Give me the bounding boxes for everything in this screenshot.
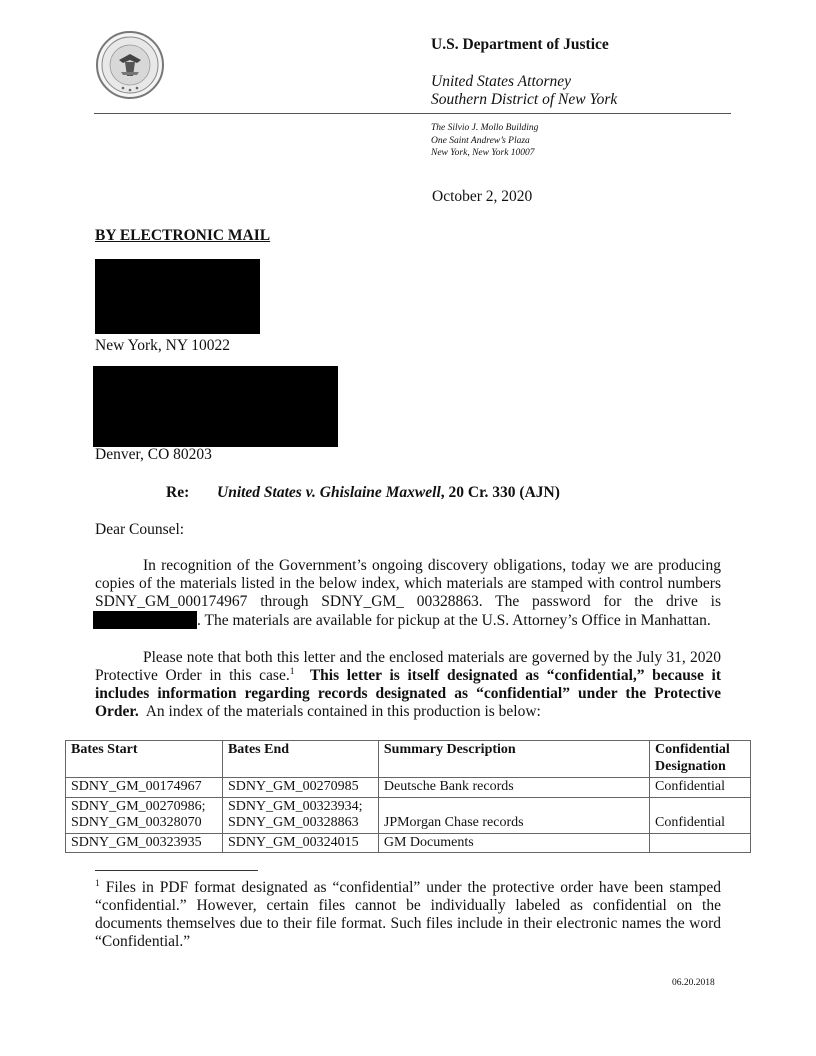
case-number: , 20 Cr. 330 (AJN) [441, 484, 560, 501]
table-row: SDNY_GM_00270986;SDNY_GM_00328070SDNY_GM… [66, 797, 751, 833]
re-line: Re:United States v. Ghislaine Maxwell, 2… [166, 484, 560, 502]
cell-bates-start: SDNY_GM_00270986;SDNY_GM_00328070 [66, 797, 223, 833]
delivery-method: BY ELECTRONIC MAIL [95, 227, 270, 245]
footnote-ref[interactable]: 1 [290, 667, 295, 677]
footnote-separator [95, 870, 258, 871]
paragraph-1-text: In recognition of the Government’s ongoi… [95, 557, 721, 610]
redacted-recipient-1 [95, 259, 260, 334]
redacted-password [93, 611, 197, 629]
letterhead-rule [94, 113, 731, 114]
doj-seal-icon [95, 30, 165, 100]
office-line-1: United States Attorney [431, 73, 571, 91]
re-label: Re: [166, 484, 217, 502]
department-name: U.S. Department of Justice [431, 36, 609, 54]
cell-bates-end: SDNY_GM_00324015 [222, 833, 378, 853]
recipient-1-city: New York, NY 10022 [95, 337, 230, 355]
table-row: SDNY_GM_00174967SDNY_GM_00270985Deutsche… [66, 778, 751, 798]
materials-index-table: Bates Start Bates End Summary Descriptio… [65, 740, 751, 853]
paragraph-1-text-end: . The materials are available for pickup… [197, 612, 711, 629]
footnote-text: Files in PDF format designated as “confi… [95, 879, 721, 950]
header-bates-start: Bates Start [66, 741, 223, 778]
redacted-recipient-2 [93, 366, 338, 447]
cell-summary: Deutsche Bank records [378, 778, 649, 798]
cell-confidential: Confidential [650, 778, 751, 798]
header-bates-end: Bates End [222, 741, 378, 778]
paragraph-confidentiality: Please note that both this letter and th… [95, 649, 721, 721]
cell-bates-end: SDNY_GM_00323934;SDNY_GM_00328863 [222, 797, 378, 833]
table-row: SDNY_GM_00323935SDNY_GM_00324015GM Docum… [66, 833, 751, 853]
cell-bates-start: SDNY_GM_00174967 [66, 778, 223, 798]
letter-date: October 2, 2020 [432, 188, 532, 206]
address-line: New York, New York 10007 [431, 147, 538, 160]
address-line: One Saint Andrew’s Plaza [431, 135, 538, 148]
cell-summary: GM Documents [378, 833, 649, 853]
office-address: The Silvio J. Mollo Building One Saint A… [431, 122, 538, 160]
header-summary: Summary Description [378, 741, 649, 778]
office-line-2: Southern District of New York [431, 91, 617, 109]
address-line: The Silvio J. Mollo Building [431, 122, 538, 135]
footnote-number: 1 [95, 879, 100, 889]
cell-confidential: Confidential [650, 797, 751, 833]
footnote: 1 Files in PDF format designated as “con… [95, 879, 721, 951]
cell-summary: JPMorgan Chase records [378, 797, 649, 833]
paragraph-production: In recognition of the Government’s ongoi… [95, 557, 721, 630]
salutation: Dear Counsel: [95, 521, 184, 539]
paragraph-2-text-end: An index of the materials contained in t… [146, 703, 541, 720]
cell-confidential [650, 833, 751, 853]
footer-form-code: 06.20.2018 [672, 978, 715, 988]
cell-bates-end: SDNY_GM_00270985 [222, 778, 378, 798]
table-header-row: Bates Start Bates End Summary Descriptio… [66, 741, 751, 778]
recipient-2-city: Denver, CO 80203 [95, 446, 212, 464]
case-name: United States v. Ghislaine Maxwell [217, 484, 441, 501]
header-confidential: Confidential Designation [650, 741, 751, 778]
cell-bates-start: SDNY_GM_00323935 [66, 833, 223, 853]
